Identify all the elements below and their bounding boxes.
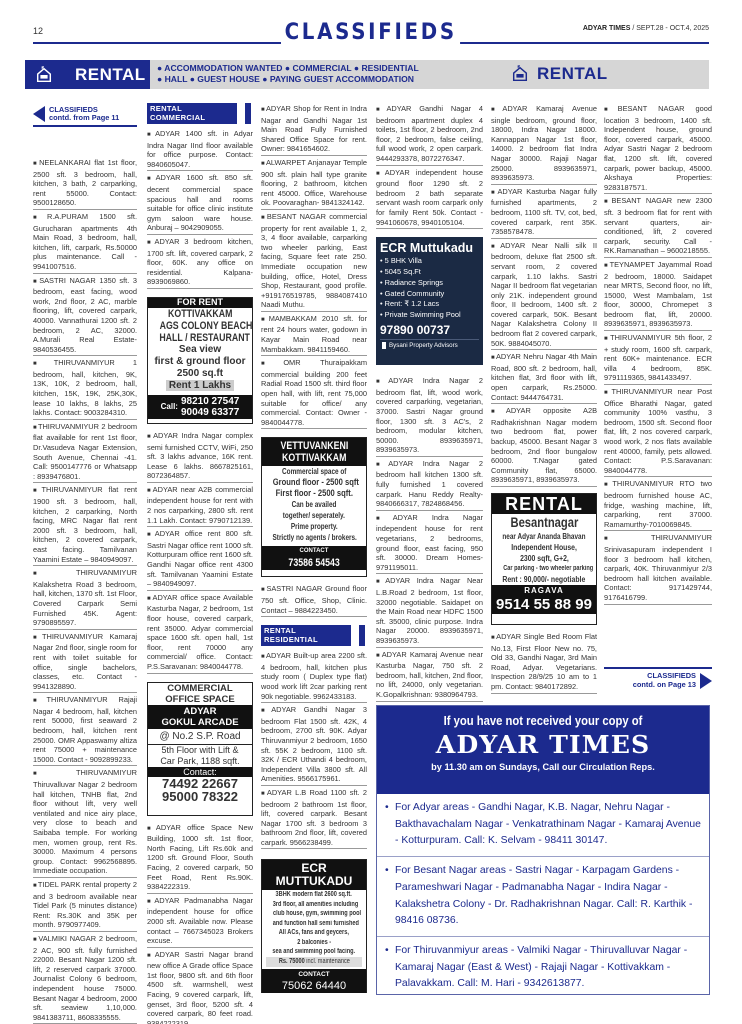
feature-item: • 5045 Sq.Ft — [380, 267, 479, 278]
circulation-title: ADYAR TIMES — [369, 730, 718, 759]
ad-line: First floor - 2500 sqft. — [275, 488, 352, 499]
ad-line: KOTTIVAKKAM — [168, 308, 232, 320]
classified-ad: THIRUVANMIYUR 2 bedroom flat available f… — [33, 421, 137, 484]
ad-line: Sea view — [148, 344, 252, 356]
circulation-rep-besant-nagar: For Besant Nagar areas - Sastri Nagar - … — [377, 857, 709, 937]
classified-ad: TIDEL PARK rental property 2 and 3 bedro… — [33, 879, 137, 932]
classified-ad: ADYAR Kamaraj Avenue single bedroom, gro… — [491, 103, 597, 185]
ad-line: Car Park, 1188 sqft. — [148, 756, 252, 767]
classified-ad: ADYAR Indra Nagar 2 bedroom hall kitchen… — [376, 458, 483, 511]
column-4: ADYAR Gandhi Nagar 4 bedroom apartment d… — [376, 103, 483, 703]
ad-line: @ No.2 S.P. Road — [148, 729, 252, 745]
contact-label: CONTACT — [262, 547, 366, 557]
ad-line: AGS COLONY BEACH — [160, 320, 253, 332]
ad-line: near Adyar Ananda Bhavan — [502, 531, 585, 542]
categories-line-2: ● HALL ● GUEST HOUSE ● PAYING GUEST ACCO… — [157, 74, 457, 85]
classified-ad: THIRUVANMIYUR flat rent 1900 sft. 3 bedr… — [33, 484, 137, 566]
column-5: ADYAR Kamaraj Avenue single bedroom, gro… — [491, 103, 597, 695]
ad-line: Strictly no agents / brokers. — [273, 532, 357, 543]
ad-line: first & ground floor — [148, 356, 252, 368]
classified-ad: ADYAR L.B Road 1100 sft. 2 bedroom 2 bat… — [261, 787, 367, 850]
display-ad-vettuvankeni: VETTUVANKENIKOTTIVAKKAM Commercial space… — [261, 437, 367, 577]
ad-line: Commercial space of — [282, 466, 346, 477]
ad-line: 2500 sq.ft — [148, 368, 252, 380]
house-icon — [511, 65, 529, 83]
page-header: 12 CLASSIFIEDS ADYAR TIMES / SEPT.28 - O… — [33, 20, 709, 46]
classified-ad: ADYAR office space Available Kasturba Na… — [147, 592, 253, 674]
ad-line: sea and swimming pool facing. — [273, 947, 356, 956]
ad-line: and function hall semi furnished — [273, 919, 359, 928]
feature-text: 5045 Sq.Ft — [385, 267, 421, 276]
ad-title: ECR Muttukadu — [380, 241, 479, 256]
classified-ad: OMR Thuraipakkam commercial building 200… — [261, 357, 367, 429]
ad-line: 5th Floor with Lift & — [148, 745, 252, 756]
classified-ad: BESANT NAGAR good location 3 bedroom, 14… — [604, 103, 712, 194]
classified-ad: ADYAR 1600 sft. 850 sft. decent commerci… — [147, 172, 253, 235]
arrow-left-icon — [33, 106, 45, 122]
phone-number: 95000 78322 — [148, 790, 252, 803]
section-banner: RENTAL ● ACCOMMODATION WANTED ● COMMERCI… — [25, 60, 709, 89]
classified-ad: BESANT NAGAR new 2300 sft. 3 bedroom fla… — [604, 195, 712, 258]
building-icon — [382, 342, 386, 349]
phone-number: 73586 54543 — [288, 557, 339, 569]
contd-from-page-11[interactable]: CLASSIFIEDScontd. from Page 11 — [33, 103, 137, 127]
column-6: BESANT NAGAR good location 3 bedroom, 14… — [604, 103, 712, 606]
classified-ad: THIRUVANMIYUR 5th floor, 2 + study room,… — [604, 332, 712, 385]
issue-info: ADYAR TIMES / SEPT.28 - OCT.4, 2025 — [583, 25, 709, 32]
ad-line: Prime property. — [291, 521, 338, 532]
classified-ad: ADYAR independent house ground floor 129… — [376, 167, 483, 230]
feature-item: • Private Swimming Pool — [380, 310, 479, 321]
classified-ad: NEELANKARAI flat 1st floor, 2500 sft. 3 … — [33, 157, 137, 210]
ad-line: together/ seperately. — [283, 510, 345, 521]
ad-line: HALL / RESTAURANT — [159, 332, 250, 344]
feature-item: • Gated Community — [380, 289, 479, 300]
phone-number: 90049 63377 — [181, 407, 239, 418]
advisor-name: Bysani Property Advisors — [389, 342, 458, 349]
classified-ad: ADYAR Indra Nagar 2 bedroom flat, lift, … — [376, 375, 483, 457]
ad-line: 3rd floor, all amenities including — [273, 900, 359, 909]
ad-line: Rent : 90,000/- negotiable — [503, 574, 586, 585]
classified-ad: ADYAR Padmanabha Nagar independent house… — [147, 895, 253, 948]
ad-line: GOKUL ARCADE — [148, 717, 252, 728]
ad-line: 2300 sqft, G+2, — [520, 553, 569, 564]
column-3: ADYAR Shop for Rent in Indra Nagar and G… — [261, 103, 367, 999]
circulation-rep-adyar: For Adyar areas - Gandhi Nagar, K.B. Nag… — [377, 794, 709, 857]
banner-categories: ● ACCOMMODATION WANTED ● COMMERCIAL ● RE… — [157, 63, 457, 85]
publication-name: ADYAR TIMES — [583, 25, 631, 32]
heading-line: COMMERCIAL — [150, 114, 234, 123]
ad-line: ADYAR — [148, 706, 252, 717]
classified-ad: VALMIKI NAGAR 2 bedroom, 2 AC, 900 sft. … — [33, 933, 137, 1024]
ad-line: MUTTUKADU — [262, 875, 366, 888]
ad-line: VETTUVANKENI — [280, 440, 348, 452]
display-ad-besantnagar-rental: RENTAL Besantnagar near Adyar Ananda Bha… — [491, 493, 597, 625]
feature-text: Radiance Springs — [385, 278, 443, 287]
classified-ad: ADYAR near A2B commercial independent ho… — [147, 484, 253, 527]
classified-ad: THIRUVANMIYUR 1 bedroom, hall, kitchen, … — [33, 357, 137, 420]
column-2: RENTALCOMMERCIAL ADYAR 1400 sft. in Adya… — [147, 103, 253, 1024]
classified-ad: ADYAR Indra Nagar Near L.B.Road 2 bedroo… — [376, 575, 483, 647]
classified-ad: THIRUVANMIYUR near Post Office Bharathi … — [604, 386, 712, 477]
classified-ad: ADYAR Sastri Nagar brand new office A Gr… — [147, 949, 253, 1024]
classified-ad: ADYAR Kamaraj Avenue near Kasturba Nagar… — [376, 649, 483, 702]
classified-ad: ALWARPET Anjanayar Temple 900 sft. plain… — [261, 157, 367, 210]
phone-number: 98210 27547 — [181, 396, 239, 407]
classified-ad: THIRUVANMIYUR Thiruvalluvar Nagar 2 bedr… — [33, 767, 137, 878]
banner-label-left: RENTAL — [75, 65, 146, 85]
classified-ad: THIRUVANMIYUR Kalakshetra Road 3 bedroom… — [33, 567, 137, 630]
classified-ad: ADYAR Built-up area 2200 sft. 4 bedroom,… — [261, 650, 367, 703]
display-ad-ecr-muttukadu-villa: ECR Muttukadu • 5 BHK Villa • 5045 Sq.Ft… — [376, 237, 483, 365]
phone-number: 75062 64440 — [262, 980, 366, 992]
ad-line: Car parking - two wheeler parking — [503, 564, 593, 574]
classified-ad: THIRUVANMIYUR Kamaraj Nagar 2nd floor, s… — [33, 631, 137, 694]
categories-line-1: ● ACCOMMODATION WANTED ● COMMERCIAL ● RE… — [157, 63, 457, 74]
page-title: CLASSIFIEDS — [281, 20, 460, 45]
feature-item: • Rent: ₹ 1.2 Lacs — [380, 299, 479, 310]
feature-item: • Radiance Springs — [380, 278, 479, 289]
circulation-notice: If you have not received your copy of AD… — [376, 705, 710, 995]
ad-line: RENTAL — [492, 494, 596, 514]
classified-ad: THIRUVANMIYUR Rajaji Nagar 4 bedroom, ha… — [33, 694, 137, 766]
arrow-right-icon — [700, 673, 712, 689]
villa-features: • 5 BHK Villa • 5045 Sq.Ft • Radiance Sp… — [380, 256, 479, 321]
phone-number: 97890 00737 — [380, 321, 479, 339]
classified-ad: BESANT NAGAR commercial property for ren… — [261, 211, 367, 312]
ad-line: 2 balconies - — [297, 938, 331, 947]
contd-on-page: contd. on Page 13 — [633, 681, 696, 690]
classified-ad: R.A.PURAM 1500 sft. Gurucharan apartment… — [33, 211, 137, 274]
ad-line: COMMERCIAL — [148, 683, 252, 694]
classified-ad: ADYAR office rent 800 sft. Sastri Nagar … — [147, 528, 253, 591]
ad-line: KOTTIVAKKAM — [282, 452, 346, 464]
feature-text: 5 BHK Villa — [385, 256, 422, 265]
classified-ad: ADYAR Indra Nagar independent house for … — [376, 512, 483, 575]
heading-line: RESIDENTIAL — [264, 636, 348, 645]
issue-date: / SEPT.28 - OCT.4, 2025 — [630, 25, 709, 32]
phone-number: 9514 55 88 99 — [492, 596, 596, 613]
section-heading-rental-commercial: RENTALCOMMERCIAL — [147, 103, 237, 124]
circulation-subtitle: by 11.30 am on Sundays, Call our Circula… — [377, 762, 709, 772]
display-ad-ecr-muttukadu-flat: ECRMUTTUKADU 3BHK modern flat 2600 sq.ft… — [261, 859, 367, 993]
classified-ad: TEYNAMPET Jayammal Road 2 bedroom, 18000… — [604, 259, 712, 331]
classified-ad: THIRUVANMIYUR Srinivasapuram independent… — [604, 532, 712, 604]
classified-ad: ADYAR Kasturba Nagar fully furnished apa… — [491, 186, 597, 239]
column-1: CLASSIFIEDScontd. from Page 11 NEELANKAR… — [33, 103, 137, 1024]
circulation-rep-thiruvanmiyur: For Thiruvanmiyur areas - Valmiki Nagar … — [377, 937, 709, 999]
classified-ad: SASTRI NAGAR 1350 sft. 3 bedroom, east f… — [33, 275, 137, 357]
classified-ad: ADYAR Indra Nagar complex semi furnished… — [147, 430, 253, 483]
ad-line: OFFICE SPACE — [148, 694, 252, 705]
banner-label-right: RENTAL — [537, 64, 608, 84]
ad-line: Can be availed — [292, 499, 337, 510]
display-ad-gokul-arcade: COMMERCIAL OFFICE SPACE ADYARGOKUL ARCAD… — [147, 682, 253, 816]
classified-ad: ADYAR 3 bedroom kitchen, 1700 sft. lift,… — [147, 236, 253, 289]
contact-label: CONTACT — [262, 970, 366, 980]
contd-from-page: contd. from Page 11 — [49, 114, 119, 123]
contd-on-page-13[interactable]: CLASSIFIEDScontd. on Page 13 — [604, 667, 712, 689]
classified-ad: ADYAR office Space New Building, 1000 sf… — [147, 822, 253, 894]
classified-ad: SASTRI NAGAR Ground floor 750 sft. Offic… — [261, 583, 367, 617]
price-note: incl. maintenance — [304, 958, 349, 965]
classified-ad: ADYAR Single Bed Room Flat No.13, First … — [491, 631, 597, 694]
classified-ad: ADYAR Shop for Rent in Indra Nagar and G… — [261, 103, 367, 156]
feature-item: • 5 BHK Villa — [380, 256, 479, 267]
circulation-intro: If you have not received your copy of — [394, 714, 693, 728]
ad-line: Besantnagar — [510, 514, 578, 531]
display-ad-kottivakkam-hall: FOR RENT KOTTIVAKKAM AGS COLONY BEACH HA… — [147, 297, 253, 424]
contact-name: RAGAVA — [492, 586, 596, 596]
classified-ad: ADYAR Near Nalli silk II bedroom, deluxe… — [491, 240, 597, 351]
classified-ad: ADYAR Nehru Nagar 4th Main Road, 800 sft… — [491, 351, 597, 404]
feature-text: Rent: ₹ 1.2 Lacs — [385, 299, 439, 308]
ad-line: Rent 1 Lakhs — [166, 380, 234, 391]
advisor-row: Bysani Property Advisors — [380, 339, 479, 351]
classified-ad: ADYAR Gandhi Nagar 4 bedroom apartment d… — [376, 103, 483, 166]
feature-text: Gated Community — [385, 289, 445, 298]
ad-line: FOR RENT — [148, 298, 252, 308]
ad-line: All ACs, fans and geycers, — [279, 928, 349, 937]
classified-ad: THIRUVANMIYUR RTO two bedroom furnished … — [604, 478, 712, 531]
classified-ad: MAMBAKKAM 2010 sft. for rent 24 hours wa… — [261, 313, 367, 356]
ad-line: Independent House, — [511, 542, 577, 553]
ad-line: 3BHK modern flat 2600 sq.ft. — [276, 890, 352, 899]
house-icon — [35, 66, 53, 84]
classified-ad: ADYAR 1400 sft. in Adyar Indra Nagar IIn… — [147, 128, 253, 171]
feature-text: Private Swimming Pool — [385, 310, 461, 319]
phone-number: 74492 22667 — [148, 777, 252, 790]
section-heading-rental-residential: RENTALRESIDENTIAL — [261, 625, 351, 646]
classified-ad: ADYAR opposite A2B Radhakrishnan Nagar m… — [491, 405, 597, 487]
ad-line: Ground floor - 2500 sqft — [273, 477, 359, 488]
classified-ad: ADYAR Gandhi Nagar 3 bedroom Flat 1500 s… — [261, 704, 367, 786]
price: Rs. 75000 — [278, 958, 304, 965]
ad-line: club house, gym, swimming pool — [273, 909, 361, 918]
call-label: Call: — [161, 402, 178, 412]
